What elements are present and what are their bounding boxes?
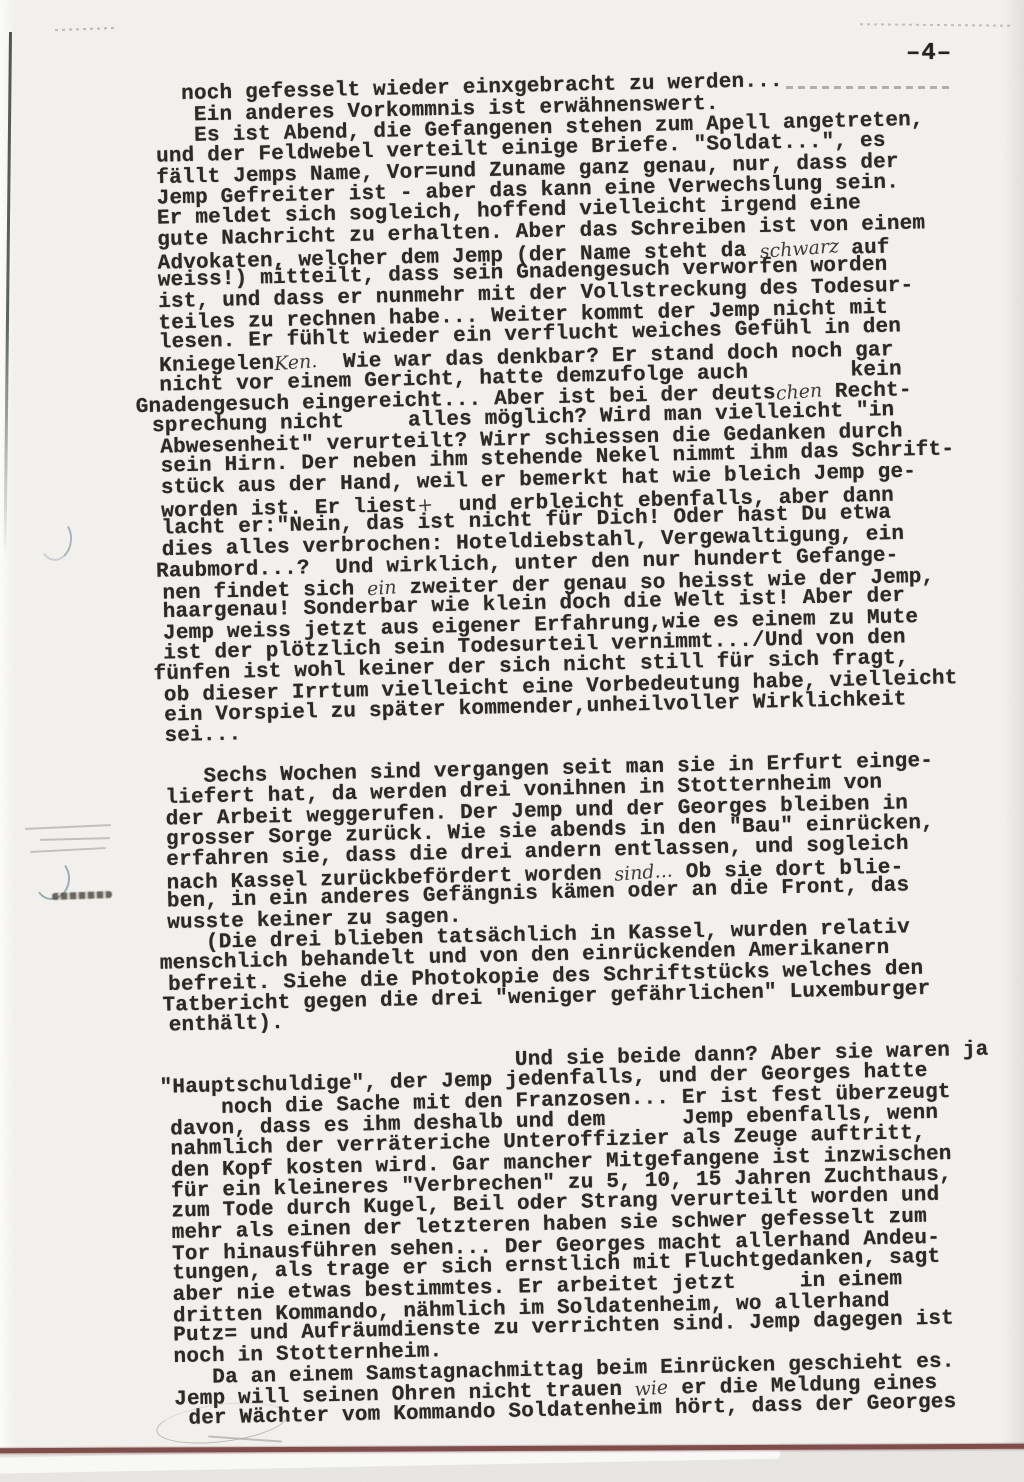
typewritten-text: noch gefesselt wieder einxgebracht zu we… <box>0 65 1024 1433</box>
page-number: –4– <box>906 40 952 67</box>
typed-text: sei... <box>164 724 241 749</box>
typed-text: enthält). <box>169 1012 285 1038</box>
scanned-typewritten-page: { "page": { "number": "–4–", "kind": "sc… <box>0 0 1024 1482</box>
